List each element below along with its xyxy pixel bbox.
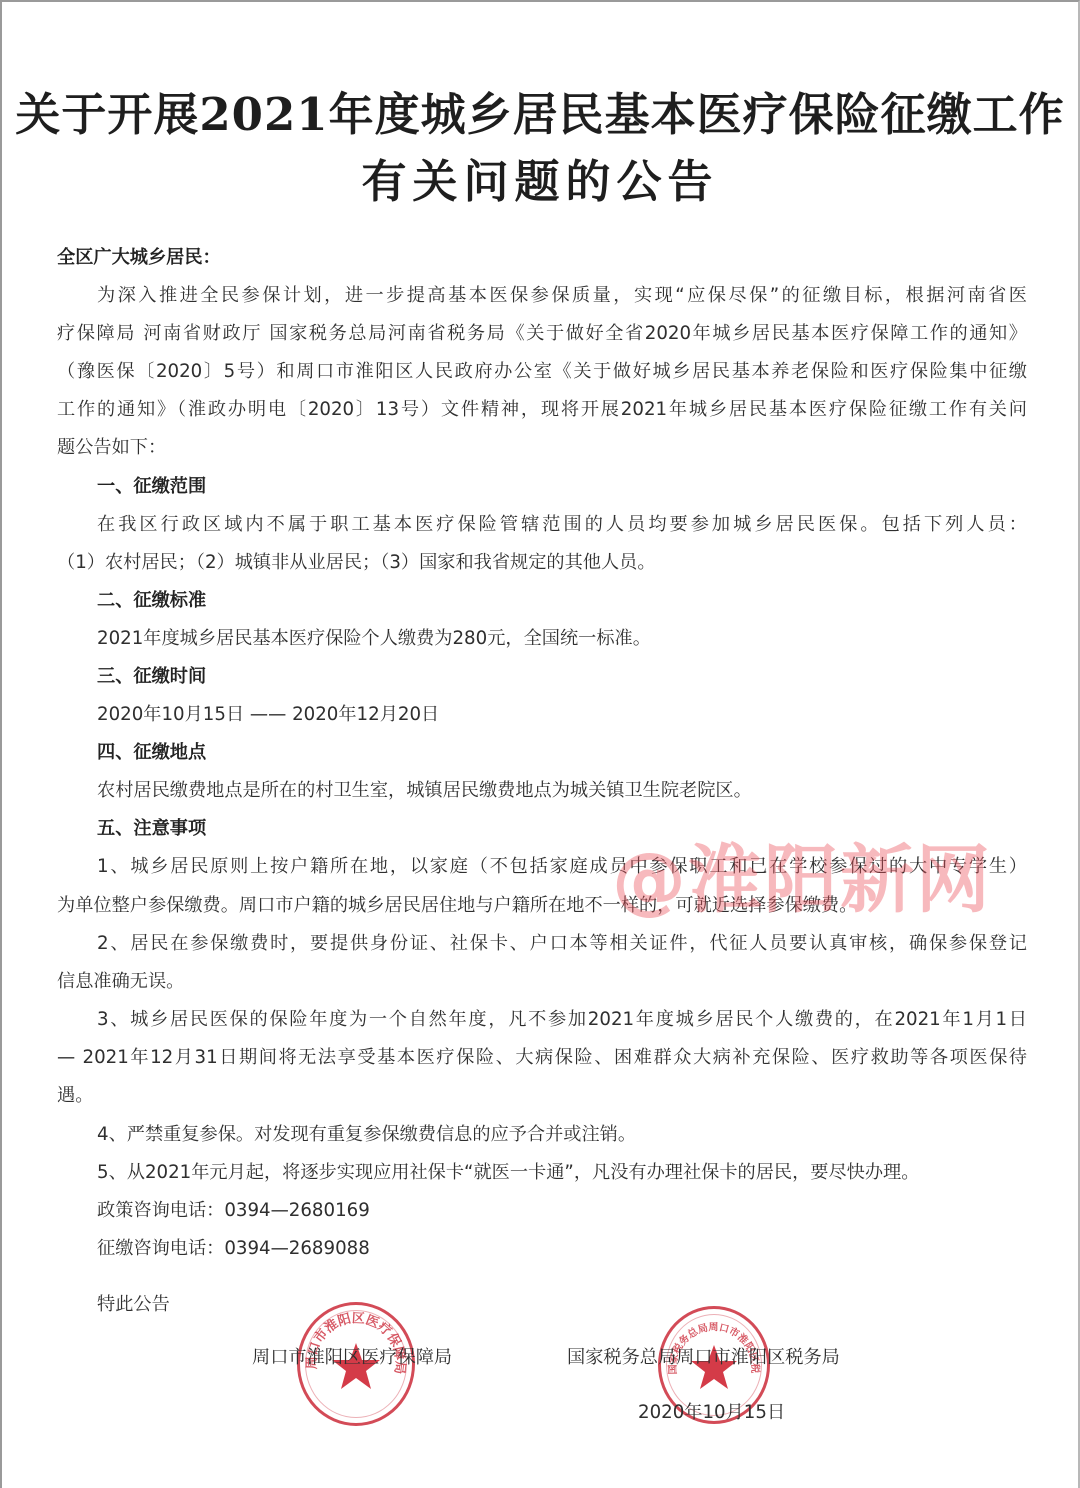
issue-date: 2020年10月15日 (638, 1401, 785, 1425)
section-text: 2021年度城乡居民基本医疗保险个人缴费为280元，全国统一标准。 (97, 627, 1027, 651)
intro-line: 疗保障局 河南省财政厅 国家税务总局河南省税务局《关于做好全省2020年城乡居民… (57, 322, 1027, 346)
note-item: 遇。 (57, 1084, 1027, 1108)
salutation: 全区广大城乡居民： (57, 246, 1027, 270)
signatory-medical-security-bureau: 周口市淮阳区医疗保障局 (252, 1346, 452, 1370)
section-text: （1）农村居民；（2）城镇非从业居民；（3）国家和我省规定的其他人员。 (57, 551, 1027, 575)
intro-line: 为深入推进全民参保计划，进一步提高基本医保参保质量，实现“应保尽保”的征缴目标，… (97, 284, 1027, 308)
section-text: 2020年10月15日 —— 2020年12月20日 (97, 703, 1027, 727)
section-text: 在我区行政区域内不属于职工基本医疗保险管辖范围的人员均要参加城乡居民医保。包括下… (97, 513, 1027, 537)
intro-line: 题公告如下： (57, 436, 1027, 460)
policy-hotline: 政策咨询电话：0394—2680169 (97, 1199, 1027, 1223)
intro-line: （豫医保〔2020〕5号）和周口市淮阳区人民政府办公室《关于做好城乡居民基本养老… (57, 360, 1027, 384)
section-heading-scope: 一、征缴范围 (97, 475, 1027, 499)
section-heading-location: 四、征缴地点 (97, 741, 1027, 765)
note-item: 5、从2021年元月起，将逐步实现应用社保卡“就医一卡通”，凡没有办理社保卡的居… (97, 1161, 1027, 1185)
section-heading-time: 三、征缴时间 (97, 665, 1027, 689)
collection-hotline: 征缴咨询电话：0394—2689088 (97, 1237, 1027, 1261)
closing-text: 特此公告 (97, 1293, 1027, 1317)
section-text: 农村居民缴费地点是所在的村卫生室，城镇居民缴费地点为城关镇卫生院老院区。 (97, 779, 1027, 803)
document-title-line-2: 有关问题的公告 (0, 145, 1080, 210)
note-item: — 2021年12月31日期间将无法享受基本医疗保险、大病保险、困难群众大病补充… (57, 1046, 1027, 1070)
note-item: 2、居民在参保缴费时，要提供身份证、社保卡、户口本等相关证件，代征人员要认真审核… (97, 932, 1027, 956)
note-item: 为单位整户参保缴费。周口市户籍的城乡居民居住地与户籍所在地不一样的，可就近选择参… (57, 894, 1027, 918)
note-item: 4、严禁重复参保。对发现有重复参保缴费信息的应予合并或注销。 (97, 1123, 1027, 1147)
note-item: 1、城乡居民原则上按户籍所在地，以家庭（不包括家庭成员中参保职工和已在学校参保过… (97, 855, 1027, 879)
section-heading-standard: 二、征缴标准 (97, 589, 1027, 613)
note-item: 3、城乡居民医保的保险年度为一个自然年度，凡不参加2021年度城乡居民个人缴费的… (97, 1008, 1027, 1032)
note-item: 信息准确无误。 (57, 970, 1027, 994)
signatory-tax-bureau: 国家税务总局周口市淮阳区税务局 (567, 1346, 840, 1370)
section-heading-notes: 五、注意事项 (97, 817, 1027, 841)
intro-line: 工作的通知》（淮政办明电〔2020〕13号）文件精神，现将开展2021年城乡居民… (57, 398, 1027, 422)
document-title-line-1: 关于开展2021年度城乡居民基本医疗保险征缴工作 (0, 78, 1080, 143)
